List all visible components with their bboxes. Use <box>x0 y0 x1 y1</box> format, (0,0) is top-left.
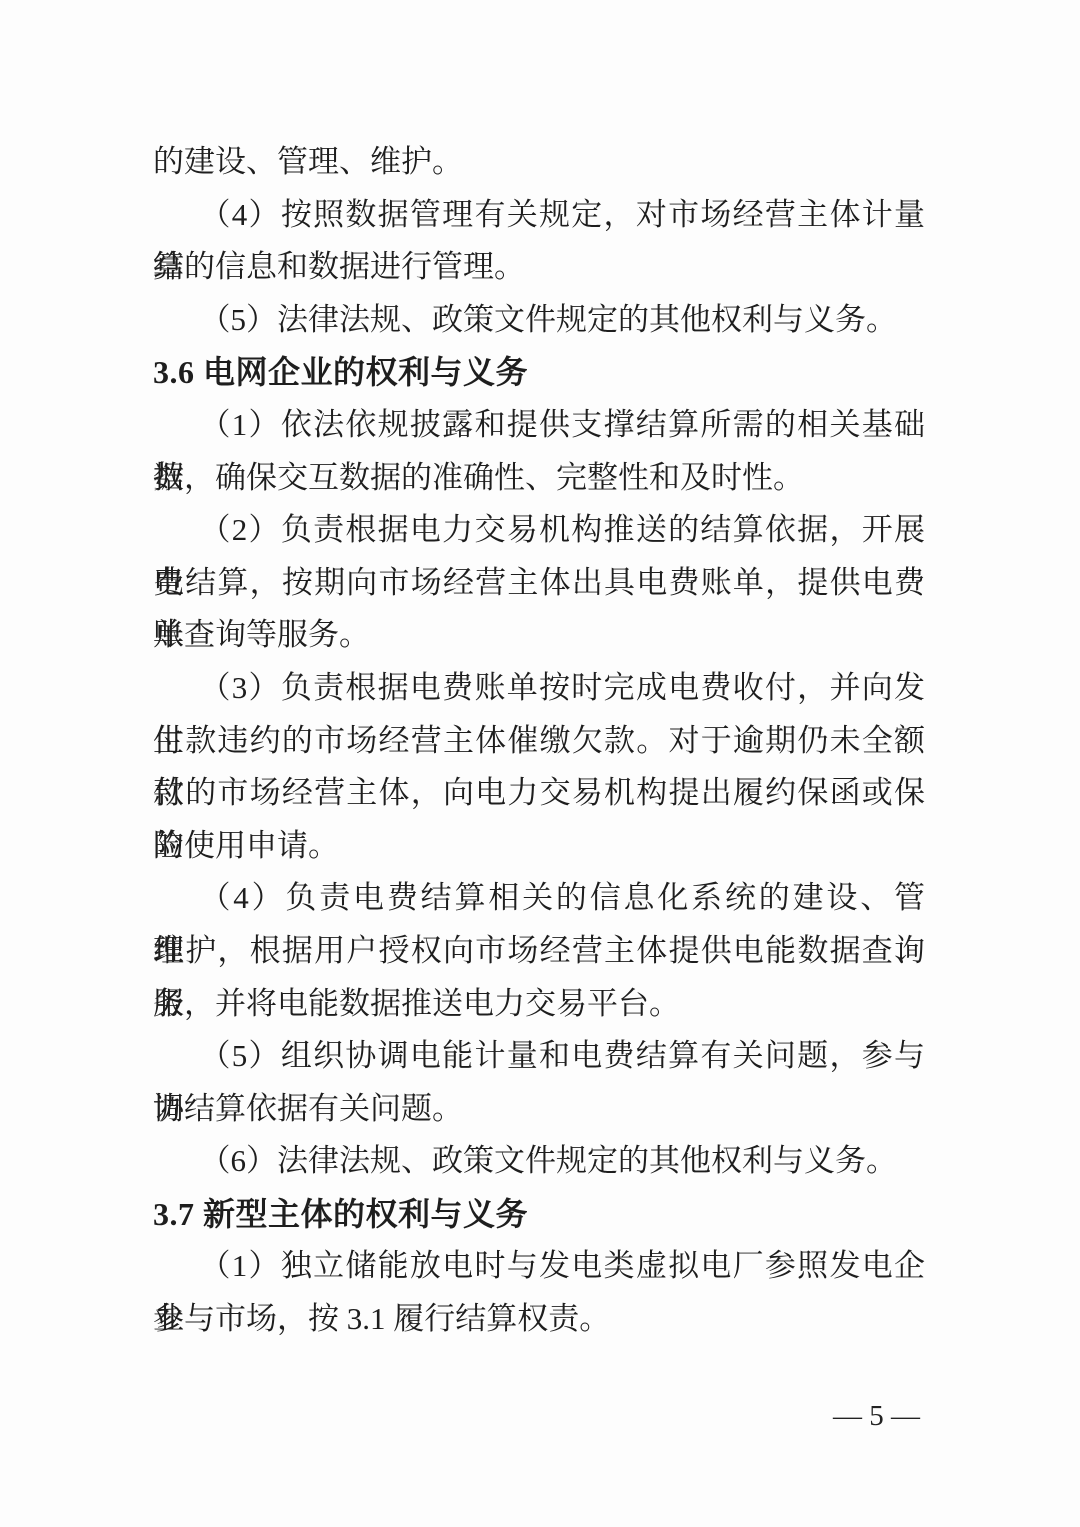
body-line: 费结算，按期向市场经营主体出具电费账单，提供电费账 <box>153 557 925 610</box>
page-number: — 5 — <box>833 1396 920 1436</box>
body-line: （5）组织协调电能计量和电费结算有关问题，参与协 <box>153 1030 925 1083</box>
body-line: 据，确保交互数据的准确性、完整性和及时性。 <box>153 452 925 505</box>
body-line: （3）负责根据电费账单按时完成电费收付，并向发生 <box>153 662 925 715</box>
body-line: 维护，根据用户授权向市场经营主体提供电能数据查询服 <box>153 925 925 978</box>
body-line: （6）法律法规、政策文件规定的其他权利与义务。 <box>153 1135 925 1188</box>
body-line: （1）独立储能放电时与发电类虚拟电厂参照发电企业 <box>153 1240 925 1293</box>
document-page: 的建设、管理、维护。 （4）按照数据管理有关规定，对市场经营主体计量结 算的信息… <box>0 0 1080 1527</box>
body-line: （4）负责电费结算相关的信息化系统的建设、管理、 <box>153 872 925 925</box>
body-line: （5）法律法规、政策文件规定的其他权利与义务。 <box>153 294 925 347</box>
document-body: 的建设、管理、维护。 （4）按照数据管理有关规定，对市场经营主体计量结 算的信息… <box>153 136 925 1346</box>
body-line: 算的信息和数据进行管理。 <box>153 241 925 294</box>
body-line: 的建设、管理、维护。 <box>153 136 925 189</box>
body-line: （4）按照数据管理有关规定，对市场经营主体计量结 <box>153 189 925 242</box>
body-line: 付款违约的市场经营主体催缴欠款。对于逾期仍未全额付 <box>153 715 925 768</box>
body-line: 单查询等服务。 <box>153 609 925 662</box>
body-line: 的使用申请。 <box>153 820 925 873</box>
body-line: 调结算依据有关问题。 <box>153 1083 925 1136</box>
body-line: 款的市场经营主体，向电力交易机构提出履约保函或保险 <box>153 767 925 820</box>
body-line: （2）负责根据电力交易机构推送的结算依据，开展电 <box>153 504 925 557</box>
body-line: （1）依法依规披露和提供支撑结算所需的相关基础数 <box>153 399 925 452</box>
section-heading-3-6: 3.6 电网企业的权利与义务 <box>153 346 925 399</box>
body-line: 参与市场，按 3.1 履行结算权责。 <box>153 1293 925 1346</box>
body-line: 务，并将电能数据推送电力交易平台。 <box>153 978 925 1031</box>
section-heading-3-7: 3.7 新型主体的权利与义务 <box>153 1188 925 1241</box>
